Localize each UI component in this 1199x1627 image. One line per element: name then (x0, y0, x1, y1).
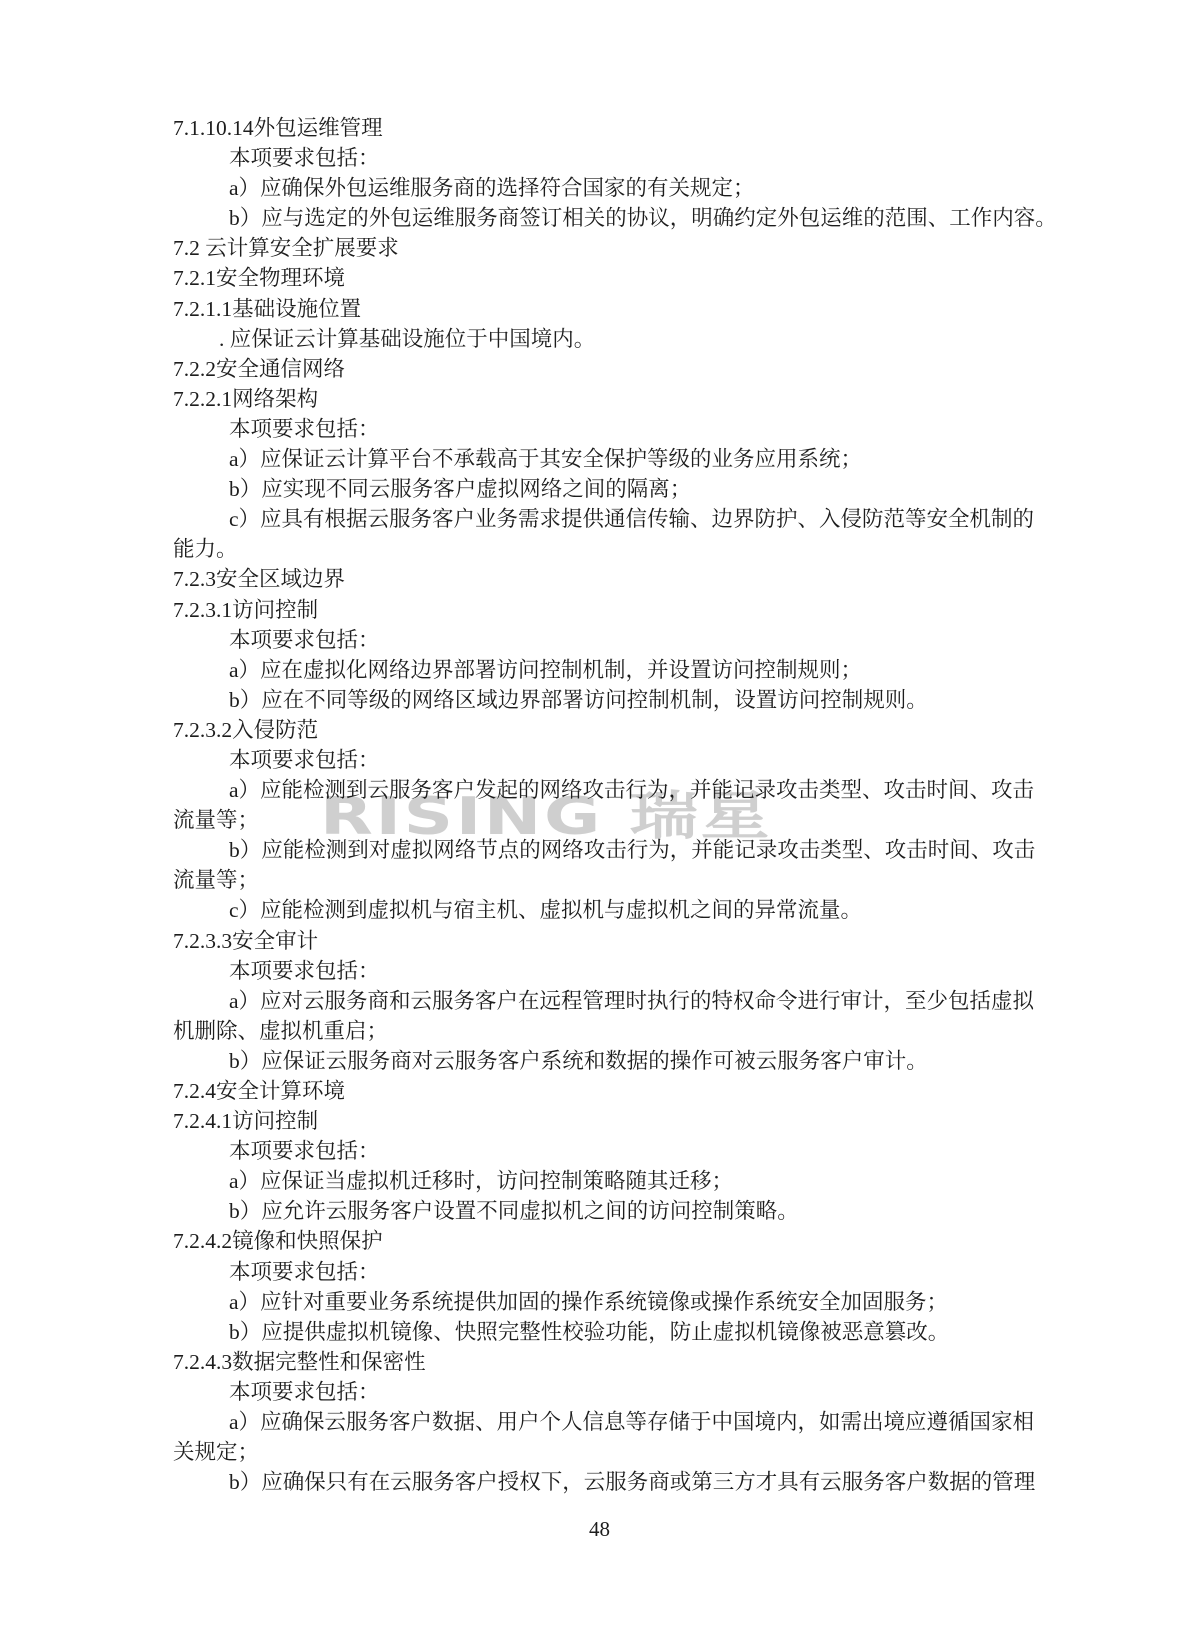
text-line: a）应保证云计算平台不承载高于其安全保护等级的业务应用系统； (173, 444, 1053, 474)
text-line: 7.2.1.1基础设施位置 (173, 294, 1053, 324)
document-page: RISING 瑞星 7.1.10.14外包运维管理本项要求包括：a）应确保外包运… (0, 0, 1199, 1627)
text-line: 本项要求包括： (173, 745, 1053, 775)
text-line: 本项要求包括： (173, 414, 1053, 444)
text-line: b）应保证云服务商对云服务客户系统和数据的操作可被云服务客户审计。 (173, 1046, 1053, 1076)
text-line: 7.2.3.3安全审计 (173, 926, 1053, 956)
text-line: 7.2.2安全通信网络 (173, 354, 1053, 384)
text-line: a）应保证当虚拟机迁移时，访问控制策略随其迁移； (173, 1166, 1053, 1196)
text-line: c）应能检测到虚拟机与宿主机、虚拟机与虚拟机之间的异常流量。 (173, 895, 1053, 925)
text-line: 7.2.2.1网络架构 (173, 384, 1053, 414)
text-line: 7.2.4.2镜像和快照保护 (173, 1226, 1053, 1256)
text-line: 7.2 云计算安全扩展要求 (173, 233, 1053, 263)
text-line: b）应与选定的外包运维服务商签订相关的协议，明确约定外包运维的范围、工作内容。 (173, 203, 1053, 233)
text-line: b）应允许云服务客户设置不同虚拟机之间的访问控制策略。 (173, 1196, 1053, 1226)
text-line: 本项要求包括： (173, 1136, 1053, 1166)
text-line: a）应确保云服务客户数据、用户个人信息等存储于中国境内，如需出境应遵循国家相 (173, 1407, 1053, 1437)
text-line: 7.2.3.1访问控制 (173, 595, 1053, 625)
text-line: 7.2.4安全计算环境 (173, 1076, 1053, 1106)
text-line: c）应具有根据云服务客户业务需求提供通信传输、边界防护、入侵防范等安全机制的 (173, 504, 1053, 534)
page-number: 48 (0, 1516, 1199, 1542)
text-line: a）应在虚拟化网络边界部署访问控制机制，并设置访问控制规则； (173, 655, 1053, 685)
text-line: a）应确保外包运维服务商的选择符合国家的有关规定； (173, 173, 1053, 203)
text-line: b）应提供虚拟机镜像、快照完整性校验功能，防止虚拟机镜像被恶意篡改。 (173, 1317, 1053, 1347)
text-line: b）应实现不同云服务客户虚拟网络之间的隔离； (173, 474, 1053, 504)
text-line: 7.1.10.14外包运维管理 (173, 113, 1053, 143)
text-line: b）应在不同等级的网络区域边界部署访问控制机制，设置访问控制规则。 (173, 685, 1053, 715)
text-line: 7.2.4.3数据完整性和保密性 (173, 1347, 1053, 1377)
text-line: b）应能检测到对虚拟网络节点的网络攻击行为，并能记录攻击类型、攻击时间、攻击 (173, 835, 1053, 865)
text-line: 本项要求包括： (173, 143, 1053, 173)
text-line: 7.2.3安全区域边界 (173, 564, 1053, 594)
text-line: 本项要求包括： (173, 625, 1053, 655)
text-line: 流量等； (173, 865, 1053, 895)
text-line: 机删除、虚拟机重启； (173, 1016, 1053, 1046)
text-line: 能力。 (173, 534, 1053, 564)
text-line: 本项要求包括： (173, 1377, 1053, 1407)
text-line: 7.2.4.1访问控制 (173, 1106, 1053, 1136)
text-line: a）应针对重要业务系统提供加固的操作系统镜像或操作系统安全加固服务； (173, 1287, 1053, 1317)
document-content: 7.1.10.14外包运维管理本项要求包括：a）应确保外包运维服务商的选择符合国… (173, 113, 1053, 1497)
text-line: 流量等； (173, 805, 1053, 835)
text-line: 本项要求包括： (173, 1257, 1053, 1287)
text-line: a）应对云服务商和云服务客户在远程管理时执行的特权命令进行审计，至少包括虚拟 (173, 986, 1053, 1016)
text-line: 7.2.1安全物理环境 (173, 263, 1053, 293)
text-line: a）应能检测到云服务客户发起的网络攻击行为，并能记录攻击类型、攻击时间、攻击 (173, 775, 1053, 805)
text-line: 本项要求包括： (173, 956, 1053, 986)
text-line: b）应确保只有在云服务客户授权下，云服务商或第三方才具有云服务客户数据的管理 (173, 1467, 1053, 1497)
text-line: 关规定； (173, 1437, 1053, 1467)
text-line: 7.2.3.2入侵防范 (173, 715, 1053, 745)
text-line: . 应保证云计算基础设施位于中国境内。 (173, 324, 1053, 354)
